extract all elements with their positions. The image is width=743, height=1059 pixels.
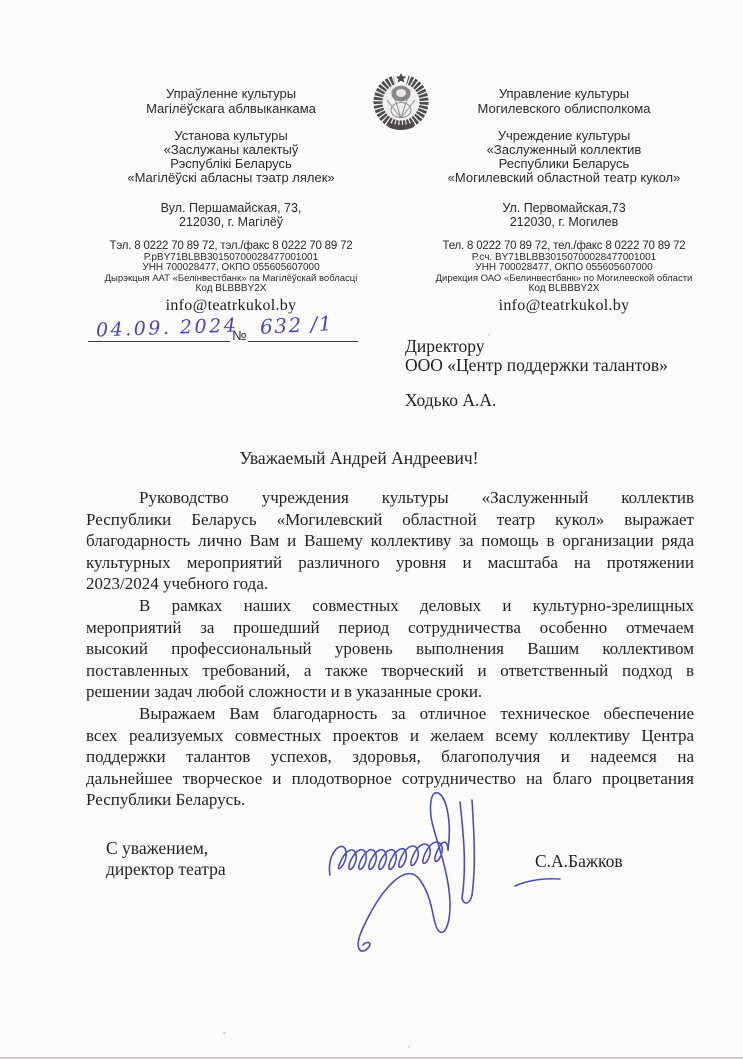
institution-name-line: Учреждение культуры [434,129,694,143]
institution-name-block: Учреждение культуры«Заслуженный коллекти… [434,129,694,185]
body-line: 2023/2024 учебного года. [86,573,694,595]
body-line: Руководство учреждения культуры «Заслуже… [86,487,694,509]
salutation: Уважаемый Андрей Андреевич! [86,448,632,469]
number-sign-label: № [232,328,246,343]
handwritten-date: 04.09. 2024 [96,315,239,342]
body-line: Выражаем Вам благодарность за отличное т… [86,703,694,725]
institution-name-line: «Заслуженный коллектив [434,143,694,157]
address-line: 212030, г. Магілёў [101,216,361,230]
closing-position-line: директор театра [106,859,226,880]
body-line: В рамках наших совместных деловых и куль… [86,595,694,617]
body-line: культурных мероприятий различного уровня… [86,552,694,574]
recipient-name: Ходько А.А. [405,391,668,410]
handwritten-signature-icon [310,780,570,980]
org-name-block: Управление культурыМогилевского облиспол… [434,86,694,116]
letter-body: Руководство учреждения культуры «Заслуже… [86,487,694,811]
body-line: высокий профессиональный уровень выполне… [86,638,694,660]
recipient-title: Директору [405,337,668,356]
body-line: поддержки талантов успехов, здоровья, бл… [86,746,694,768]
recipient-company: ООО «Центр поддержки талантов» [405,356,668,375]
body-line: мероприятий за прошедший период сотрудни… [86,617,694,639]
scan-speck [408,1046,410,1048]
institution-name-block: Установа культуры«Заслужаны калектыўРэсп… [101,129,361,185]
scanned-letter-page: Упраўленне культурыМагілёўскага аблвыкан… [0,0,743,1059]
letterhead-right-column: Управление культурыМогилевского облиспол… [434,86,694,315]
body-line: поставленных требований, а также творчес… [86,660,694,682]
org-name-line: Управление культуры [434,86,694,101]
bank-code-line: Код BLBBBY2X [404,284,724,294]
closing-respect-line: С уважением, [106,838,226,859]
body-paragraph: Руководство учреждения культуры «Заслуже… [86,487,694,595]
signer-name: С.А.Бажков [535,851,623,872]
recipient-block: Директору ООО «Центр поддержки талантов»… [405,337,668,410]
institution-name-line: «Заслужаны калектыў [101,143,361,157]
closing-block: С уважением, директор театра [106,838,226,880]
email-text: info@teatrkukol.by [434,297,694,315]
coat-of-arms-belarus-icon [368,70,434,136]
institution-name-line: «Могилевский областной театр кукол» [434,171,694,185]
address-line: Вул. Першамайская, 73, [101,202,361,216]
institution-name-line: «Магілёўскі абласны тэатр лялек» [101,171,361,185]
institution-name-line: Установа культуры [101,129,361,143]
org-name-line: Магілёўскага аблвыканкама [101,101,361,116]
address-block: Вул. Першамайская, 73,212030, г. Магілёў [101,202,361,229]
address-line: 212030, г. Могилев [434,216,694,230]
org-name-line: Могилевского облисполкома [434,101,694,116]
address-line: Ул. Первомайская,73 [434,202,694,216]
handwritten-number: 632 /1 [259,311,333,339]
institution-name-line: Республики Беларусь [434,157,694,171]
org-name-block: Упраўленне культурыМагілёўскага аблвыкан… [101,86,361,116]
body-line: Республики Беларусь «Могилевский областн… [86,509,694,531]
body-paragraph: В рамках наших совместных деловых и куль… [86,595,694,703]
body-line: благодарность лично Вам и Вашему коллект… [86,530,694,552]
number-underline [248,341,358,342]
body-line: всех реализуемых совместных проектов и ж… [86,725,694,747]
letterhead-left-column: Упраўленне культурыМагілёўскага аблвыкан… [101,86,361,315]
address-block: Ул. Первомайская,73212030, г. Могилев [434,202,694,229]
bank-code-line: Код BLBBBY2X [71,284,391,294]
org-name-line: Упраўленне культуры [101,86,361,101]
scan-speck [223,1032,226,1034]
institution-name-line: Рэспублікі Беларусь [101,157,361,171]
scan-speck [488,334,490,336]
date-underline [88,341,230,342]
body-line: решении задач любой сложности и в указан… [86,681,694,703]
